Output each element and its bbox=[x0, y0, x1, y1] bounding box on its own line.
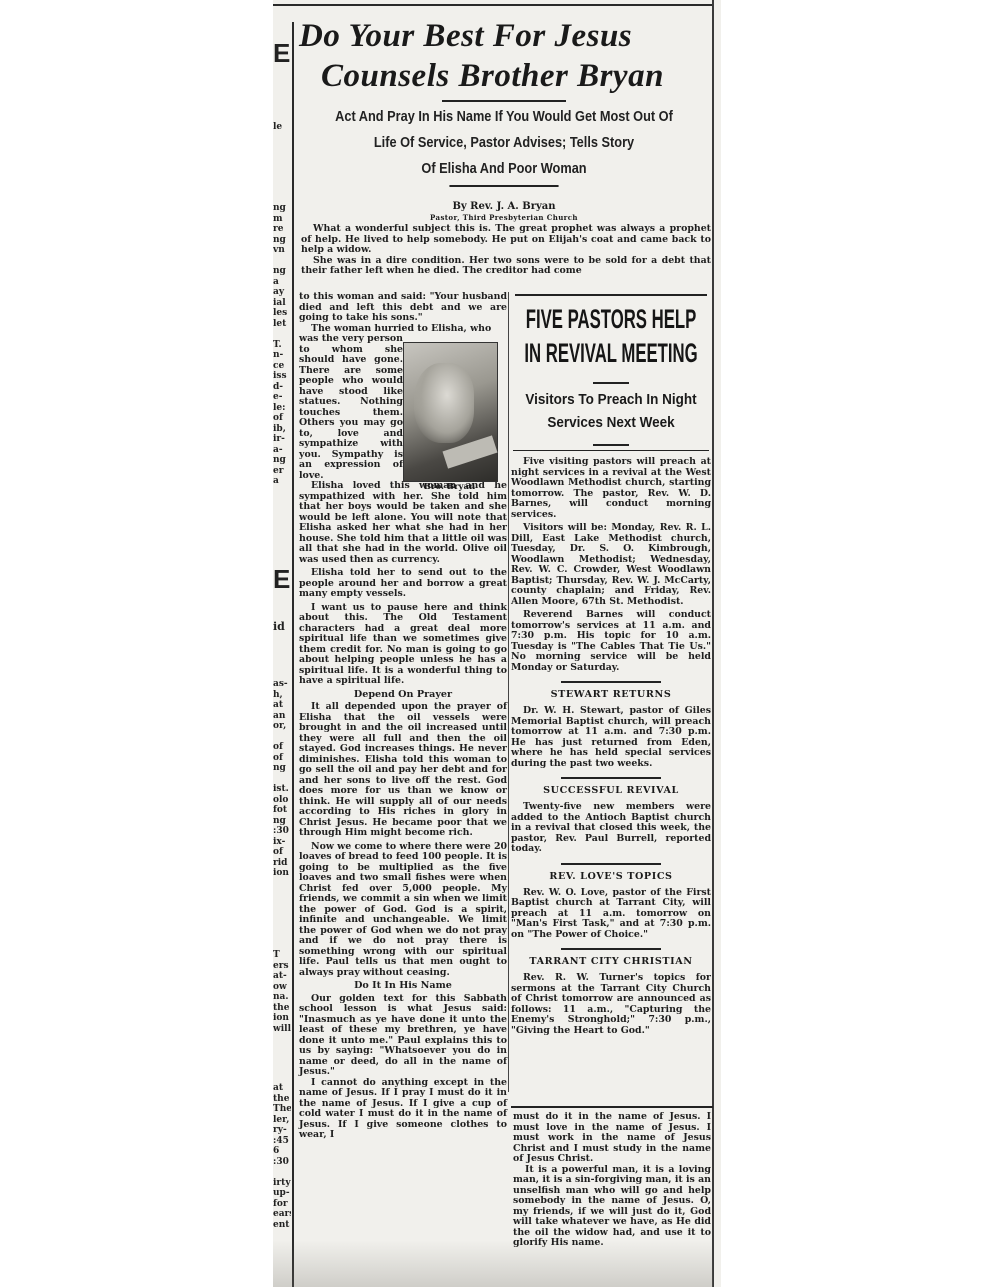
news-item-text: Rev. R. W. Turner's topics for sermons a… bbox=[511, 973, 711, 1036]
news-item-text: Rev. W. O. Love, pastor of the First Bap… bbox=[511, 888, 711, 941]
fragment-line: up- bbox=[273, 1188, 291, 1199]
headline-rule bbox=[442, 100, 566, 102]
fragment-line: :30 bbox=[273, 1157, 291, 1168]
fragment-big-letter: E bbox=[273, 40, 290, 66]
deck-line-3: Of Elisha And Poor Woman bbox=[320, 156, 688, 182]
byline: By Rev. J. A. Bryan Pastor, Third Presby… bbox=[295, 201, 713, 223]
fragment-line: ion bbox=[273, 1013, 291, 1024]
paragraph: Now we come to where there were 20 loave… bbox=[299, 842, 507, 979]
fragment-line bbox=[273, 774, 289, 785]
fragment-line: vn bbox=[273, 245, 287, 256]
fragment-line: iss bbox=[273, 371, 287, 382]
headline-line-1: Do Your Best For Jesus bbox=[295, 16, 713, 56]
sidebar-rule bbox=[593, 444, 629, 446]
sidebar-wide-rule bbox=[513, 450, 709, 451]
fragment-line: for bbox=[273, 1199, 291, 1210]
paragraph: must do it in the name of Jesus. I must … bbox=[513, 1112, 711, 1165]
fragment-line: ler, bbox=[273, 1115, 291, 1126]
portrait-face bbox=[414, 363, 474, 443]
fragment-line bbox=[273, 1167, 291, 1178]
fragment-line: ears bbox=[273, 1209, 291, 1220]
paragraph: Five visiting pastors will preach at nig… bbox=[511, 457, 711, 520]
fragment-line: T. bbox=[273, 340, 287, 351]
paragraph: She was in a dire condition. Her two son… bbox=[301, 256, 711, 277]
fragment-big-letter: E bbox=[273, 566, 290, 592]
sidebar-deck-line-2: Services Next Week bbox=[521, 411, 701, 434]
fragment-line: id bbox=[273, 622, 285, 633]
sidebar-deck-line-1: Visitors To Preach In Night bbox=[521, 388, 701, 411]
article-headline: Do Your Best For Jesus Counsels Brother … bbox=[295, 16, 713, 102]
fragment-line: ng bbox=[273, 235, 287, 246]
fragment-line: ce bbox=[273, 361, 287, 372]
item-rule bbox=[561, 948, 661, 950]
fragment-line: a bbox=[273, 476, 287, 487]
paragraph: It all depended upon the prayer of Elish… bbox=[299, 702, 507, 839]
deck-rule bbox=[449, 185, 558, 187]
sidebar-top-rule bbox=[515, 294, 707, 296]
article-deck: Act And Pray In His Name If You Would Ge… bbox=[320, 104, 688, 187]
news-item-text: Twenty-five new members were added to th… bbox=[511, 802, 711, 855]
paragraph: What a wonderful subject this is. The gr… bbox=[301, 224, 711, 256]
fragment-line: ix- bbox=[273, 837, 289, 848]
paragraph-wrapped-around-photo: was the very person to whom she should h… bbox=[299, 334, 403, 481]
fragment-line: m bbox=[273, 214, 287, 225]
sidebar-headline-line-1: FIVE PASTORS HELP bbox=[511, 302, 711, 336]
subhead-do-it-in-his-name: Do It In His Name bbox=[299, 981, 507, 992]
news-item-head: TARRANT CITY CHRISTIAN bbox=[511, 956, 711, 967]
fragment-line: er bbox=[273, 466, 287, 477]
fragment-line: d- bbox=[273, 382, 287, 393]
paragraph: Elisha told her to send out to the peopl… bbox=[299, 568, 507, 600]
fragment-line: na. bbox=[273, 992, 291, 1003]
fragment-line: at- bbox=[273, 971, 291, 982]
fragment-line bbox=[273, 256, 287, 267]
fragment-line: ng bbox=[273, 816, 289, 827]
fragment-block-mid: as-h,atanor,ofofngist.olofotng:30ix-ofri… bbox=[273, 679, 289, 879]
news-item-text: Dr. W. H. Stewart, pastor of Giles Memor… bbox=[511, 706, 711, 769]
headline-line-2: Counsels Brother Bryan bbox=[295, 56, 713, 96]
fragment-line: at bbox=[273, 700, 289, 711]
fragment-line: ay bbox=[273, 287, 287, 298]
fragment-line: the bbox=[273, 1003, 291, 1014]
fragment-line: ng bbox=[273, 763, 289, 774]
fragment-line: rid bbox=[273, 858, 289, 869]
fragment-line: ng bbox=[273, 266, 287, 277]
fragment-line: ng bbox=[273, 203, 287, 214]
fragment-line: les bbox=[273, 308, 287, 319]
fragment-line: ib, bbox=[273, 424, 287, 435]
sidebar-column: FIVE PASTORS HELP IN REVIVAL MEETING Vis… bbox=[511, 292, 711, 1036]
fragment-line: ry- bbox=[273, 1125, 291, 1136]
fragment-line: le: bbox=[273, 403, 287, 414]
top-rule bbox=[273, 4, 713, 6]
fragment-line: of bbox=[273, 847, 289, 858]
fragment-line: re bbox=[273, 224, 287, 235]
fragment-line: of bbox=[273, 413, 287, 424]
fragment-line: The bbox=[273, 1104, 291, 1115]
fragment-line: ist. bbox=[273, 784, 289, 795]
sidebar-story-body: Five visiting pastors will preach at nig… bbox=[511, 457, 711, 673]
sidebar-rule bbox=[593, 382, 629, 384]
fragment-block-low: Tersat-owna.theionwill bbox=[273, 950, 291, 1034]
fragment-line: ial bbox=[273, 298, 287, 309]
fragment-line: 6 bbox=[273, 1146, 291, 1157]
fragment-line: an bbox=[273, 711, 289, 722]
sidebar-headline: FIVE PASTORS HELP IN REVIVAL MEETING bbox=[511, 302, 711, 370]
fragment-line: T bbox=[273, 950, 291, 961]
news-item-head: SUCCESSFUL REVIVAL bbox=[511, 785, 711, 796]
author-name: By Rev. J. A. Bryan bbox=[295, 201, 713, 212]
fragment-line: irty bbox=[273, 1178, 291, 1189]
fragment-line: a- bbox=[273, 445, 287, 456]
fragment-block-bottom: attheTheler,ry-:456:30irtyup-forearsent bbox=[273, 1083, 291, 1230]
fragment-line: ir- bbox=[273, 434, 287, 445]
sidebar-headline-line-2: IN REVIVAL MEETING bbox=[511, 336, 711, 370]
fragment-line bbox=[273, 732, 289, 743]
paragraph: Visitors will be: Monday, Rev. R. L. Dil… bbox=[511, 523, 711, 607]
fragment-line: ers bbox=[273, 961, 291, 972]
fragment-line: will bbox=[273, 1024, 291, 1035]
fragment-line: of bbox=[273, 753, 289, 764]
fragment-line: let bbox=[273, 319, 287, 330]
fragment-line: the bbox=[273, 1094, 291, 1105]
fragment-line: n- bbox=[273, 350, 287, 361]
subhead-depend-on-prayer: Depend On Prayer bbox=[299, 690, 507, 701]
fragment-line: of bbox=[273, 742, 289, 753]
deck-line-1: Act And Pray In His Name If You Would Ge… bbox=[320, 104, 688, 130]
adjacent-column-fragments: E le ngmrengvnngaayiallesletT.n-ceissd-e… bbox=[273, 0, 291, 1287]
fragment-line: or, bbox=[273, 721, 289, 732]
paragraph: I want us to pause here and think about … bbox=[299, 603, 507, 687]
article-continuation: must do it in the name of Jesus. I must … bbox=[513, 1112, 711, 1249]
left-column-rule bbox=[292, 22, 294, 1287]
deck-line-2: Life Of Service, Pastor Advises; Tells S… bbox=[320, 130, 688, 156]
fragment-line: ion bbox=[273, 868, 289, 879]
item-rule bbox=[561, 681, 661, 683]
paragraph: Elisha loved this woman and he sympathiz… bbox=[299, 481, 507, 565]
fragment-line: as- bbox=[273, 679, 289, 690]
continuation-rule bbox=[511, 1106, 713, 1108]
fragment-line: :45 bbox=[273, 1136, 291, 1147]
fragment-line: a bbox=[273, 277, 287, 288]
column-divider bbox=[508, 292, 509, 1092]
fragment-line: at bbox=[273, 1083, 291, 1094]
fragment-line bbox=[273, 329, 287, 340]
news-item-head: STEWART RETURNS bbox=[511, 689, 711, 700]
fragment-line: le bbox=[273, 122, 282, 133]
article-lede: What a wonderful subject this is. The gr… bbox=[301, 224, 711, 277]
right-column-rule bbox=[712, 0, 714, 1287]
fragment-block-top: ngmrengvnngaayiallesletT.n-ceissd-e-le:o… bbox=[273, 203, 287, 487]
portrait-photo bbox=[403, 342, 498, 482]
fragment-line: ent bbox=[273, 1220, 291, 1231]
fragment-line: ng bbox=[273, 455, 287, 466]
item-rule bbox=[561, 777, 661, 779]
news-item-head: REV. LOVE'S TOPICS bbox=[511, 871, 711, 882]
paragraph: It is a powerful man, it is a loving man… bbox=[513, 1165, 711, 1249]
author-title: Pastor, Third Presbyterian Church bbox=[295, 212, 713, 223]
fragment-line: e- bbox=[273, 392, 287, 403]
paragraph: Reverend Barnes will conduct tomorrow's … bbox=[511, 610, 711, 673]
fragment-line: :30 bbox=[273, 826, 289, 837]
fragment-line: olo bbox=[273, 795, 289, 806]
fragment-line: fot bbox=[273, 805, 289, 816]
photo-caption: Bro. Bryan bbox=[403, 482, 496, 492]
newspaper-clipping: E le ngmrengvnngaayiallesletT.n-ceissd-e… bbox=[273, 0, 721, 1287]
item-rule bbox=[561, 863, 661, 865]
paragraph: I cannot do anything except in the name … bbox=[299, 1078, 507, 1141]
fragment-line: ow bbox=[273, 982, 291, 993]
fragment-line: h, bbox=[273, 690, 289, 701]
paragraph: Our golden text for this Sabbath school … bbox=[299, 994, 507, 1078]
paragraph: to this woman and said: "Your husband di… bbox=[299, 292, 507, 324]
sidebar-deck: Visitors To Preach In Night Services Nex… bbox=[521, 388, 701, 434]
